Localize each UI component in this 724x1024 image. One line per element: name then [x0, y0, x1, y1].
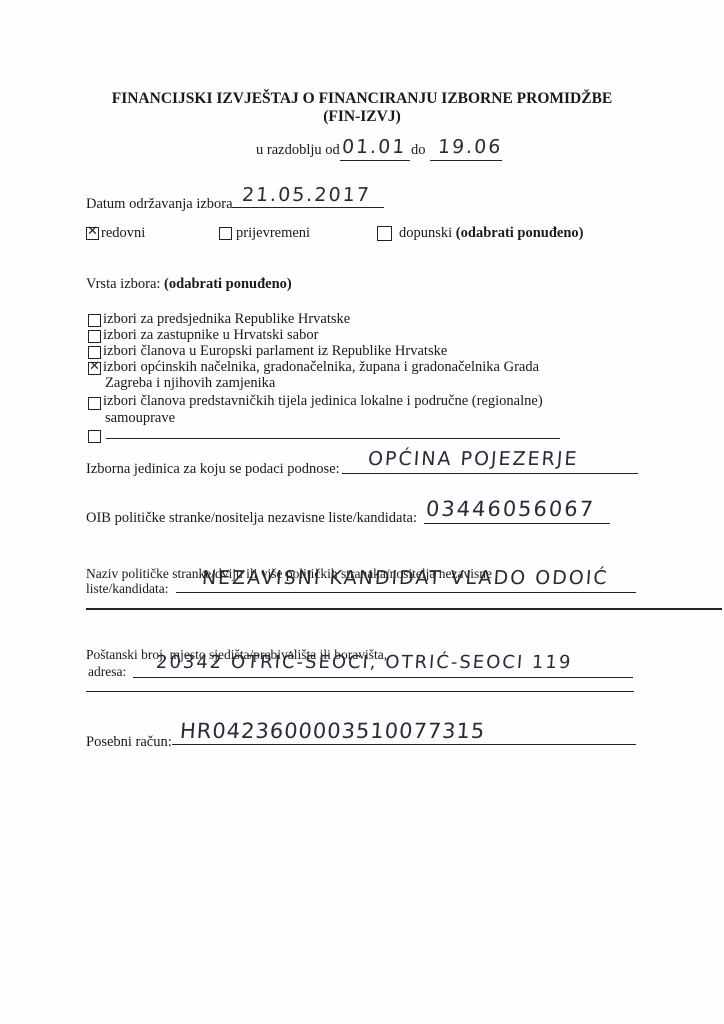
election-type-heading: Vrsta izbora: (odabrati ponuđeno) — [86, 276, 292, 293]
checkmark-icon: ✕ — [87, 224, 98, 239]
option-redovni-label: redovni — [101, 225, 145, 242]
checkbox-prijevremeni[interactable] — [219, 227, 232, 240]
election-type-hint: (odabrati ponuđeno) — [164, 276, 292, 292]
election-type-label: Vrsta izbora: — [86, 276, 160, 292]
party-name-label-2: liste/kandidata: — [86, 581, 168, 597]
type-local-executives-label: izbori općinskih načelnika, gradonačelni… — [103, 359, 539, 376]
period-from-value[interactable]: 01.01 — [341, 136, 407, 158]
checkbox-type-parliament[interactable] — [88, 330, 101, 343]
oib-value[interactable]: 03446056067 — [425, 497, 596, 521]
address-value[interactable]: 20342 OTRIĆ-SEOCI, OTRIĆ-SEOCI 119 — [155, 652, 573, 673]
checkmark-icon: ✕ — [89, 359, 100, 374]
type-eu-parliament-label: izbori članova u Europski parlament iz R… — [103, 343, 447, 360]
unit-label: Izborna jedinica za koju se podaci podno… — [86, 461, 340, 478]
type-parliament-label: izbori za zastupnike u Hrvatski sabor — [103, 327, 318, 344]
option-prijevremeni-label: prijevremeni — [236, 225, 310, 242]
type-president-label: izbori za predsjednika Republike Hrvatsk… — [103, 311, 350, 328]
type-representative-bodies-label: izbori članova predstavničkih tijela jed… — [103, 393, 543, 410]
period-to-label: do — [411, 142, 426, 159]
select-hint: (odabrati ponuđeno) — [456, 225, 584, 241]
address-label-2: adresa: — [88, 664, 126, 680]
type-representative-bodies-label-cont: samouprave — [105, 410, 175, 427]
account-label: Posebni račun: — [86, 734, 172, 751]
checkbox-redovni[interactable]: ✕ — [86, 227, 99, 240]
election-date-value[interactable]: 21.05.2017 — [241, 184, 371, 206]
account-value[interactable]: HR0423600003510077315 — [179, 719, 486, 743]
checkbox-type-president[interactable] — [88, 314, 101, 327]
checkbox-dopunski[interactable] — [377, 226, 392, 241]
oib-label: OIB političke stranke/nositelja nezavisn… — [86, 510, 417, 527]
option-dopunski-row: dopunski (odabrati ponuđeno) — [399, 225, 584, 242]
checkbox-type-local-executives[interactable]: ✕ — [88, 362, 101, 375]
checkbox-type-eu-parliament[interactable] — [88, 346, 101, 359]
party-name-value[interactable]: NEZAVISNI KANDIDAT VLADO ODOIĆ — [201, 567, 609, 589]
election-date-label: Datum održavanja izbora — [86, 196, 233, 213]
checkbox-type-other[interactable] — [88, 430, 101, 443]
period-to-value[interactable]: 19.06 — [437, 136, 503, 158]
type-local-executives-label-cont: Zagreba i njihovih zamjenika — [105, 375, 275, 392]
document-title: FINANCIJSKI IZVJEŠTAJ O FINANCIRANJU IZB… — [0, 90, 724, 108]
option-dopunski-label: dopunski — [399, 225, 452, 241]
checkbox-type-representative-bodies[interactable] — [88, 397, 101, 410]
period-from-label: u razdoblju od — [256, 142, 340, 159]
type-other-line[interactable] — [106, 438, 560, 439]
document-subtitle: (FIN-IZVJ) — [0, 108, 724, 126]
unit-value[interactable]: OPĆINA POJEZERJE — [367, 448, 579, 470]
